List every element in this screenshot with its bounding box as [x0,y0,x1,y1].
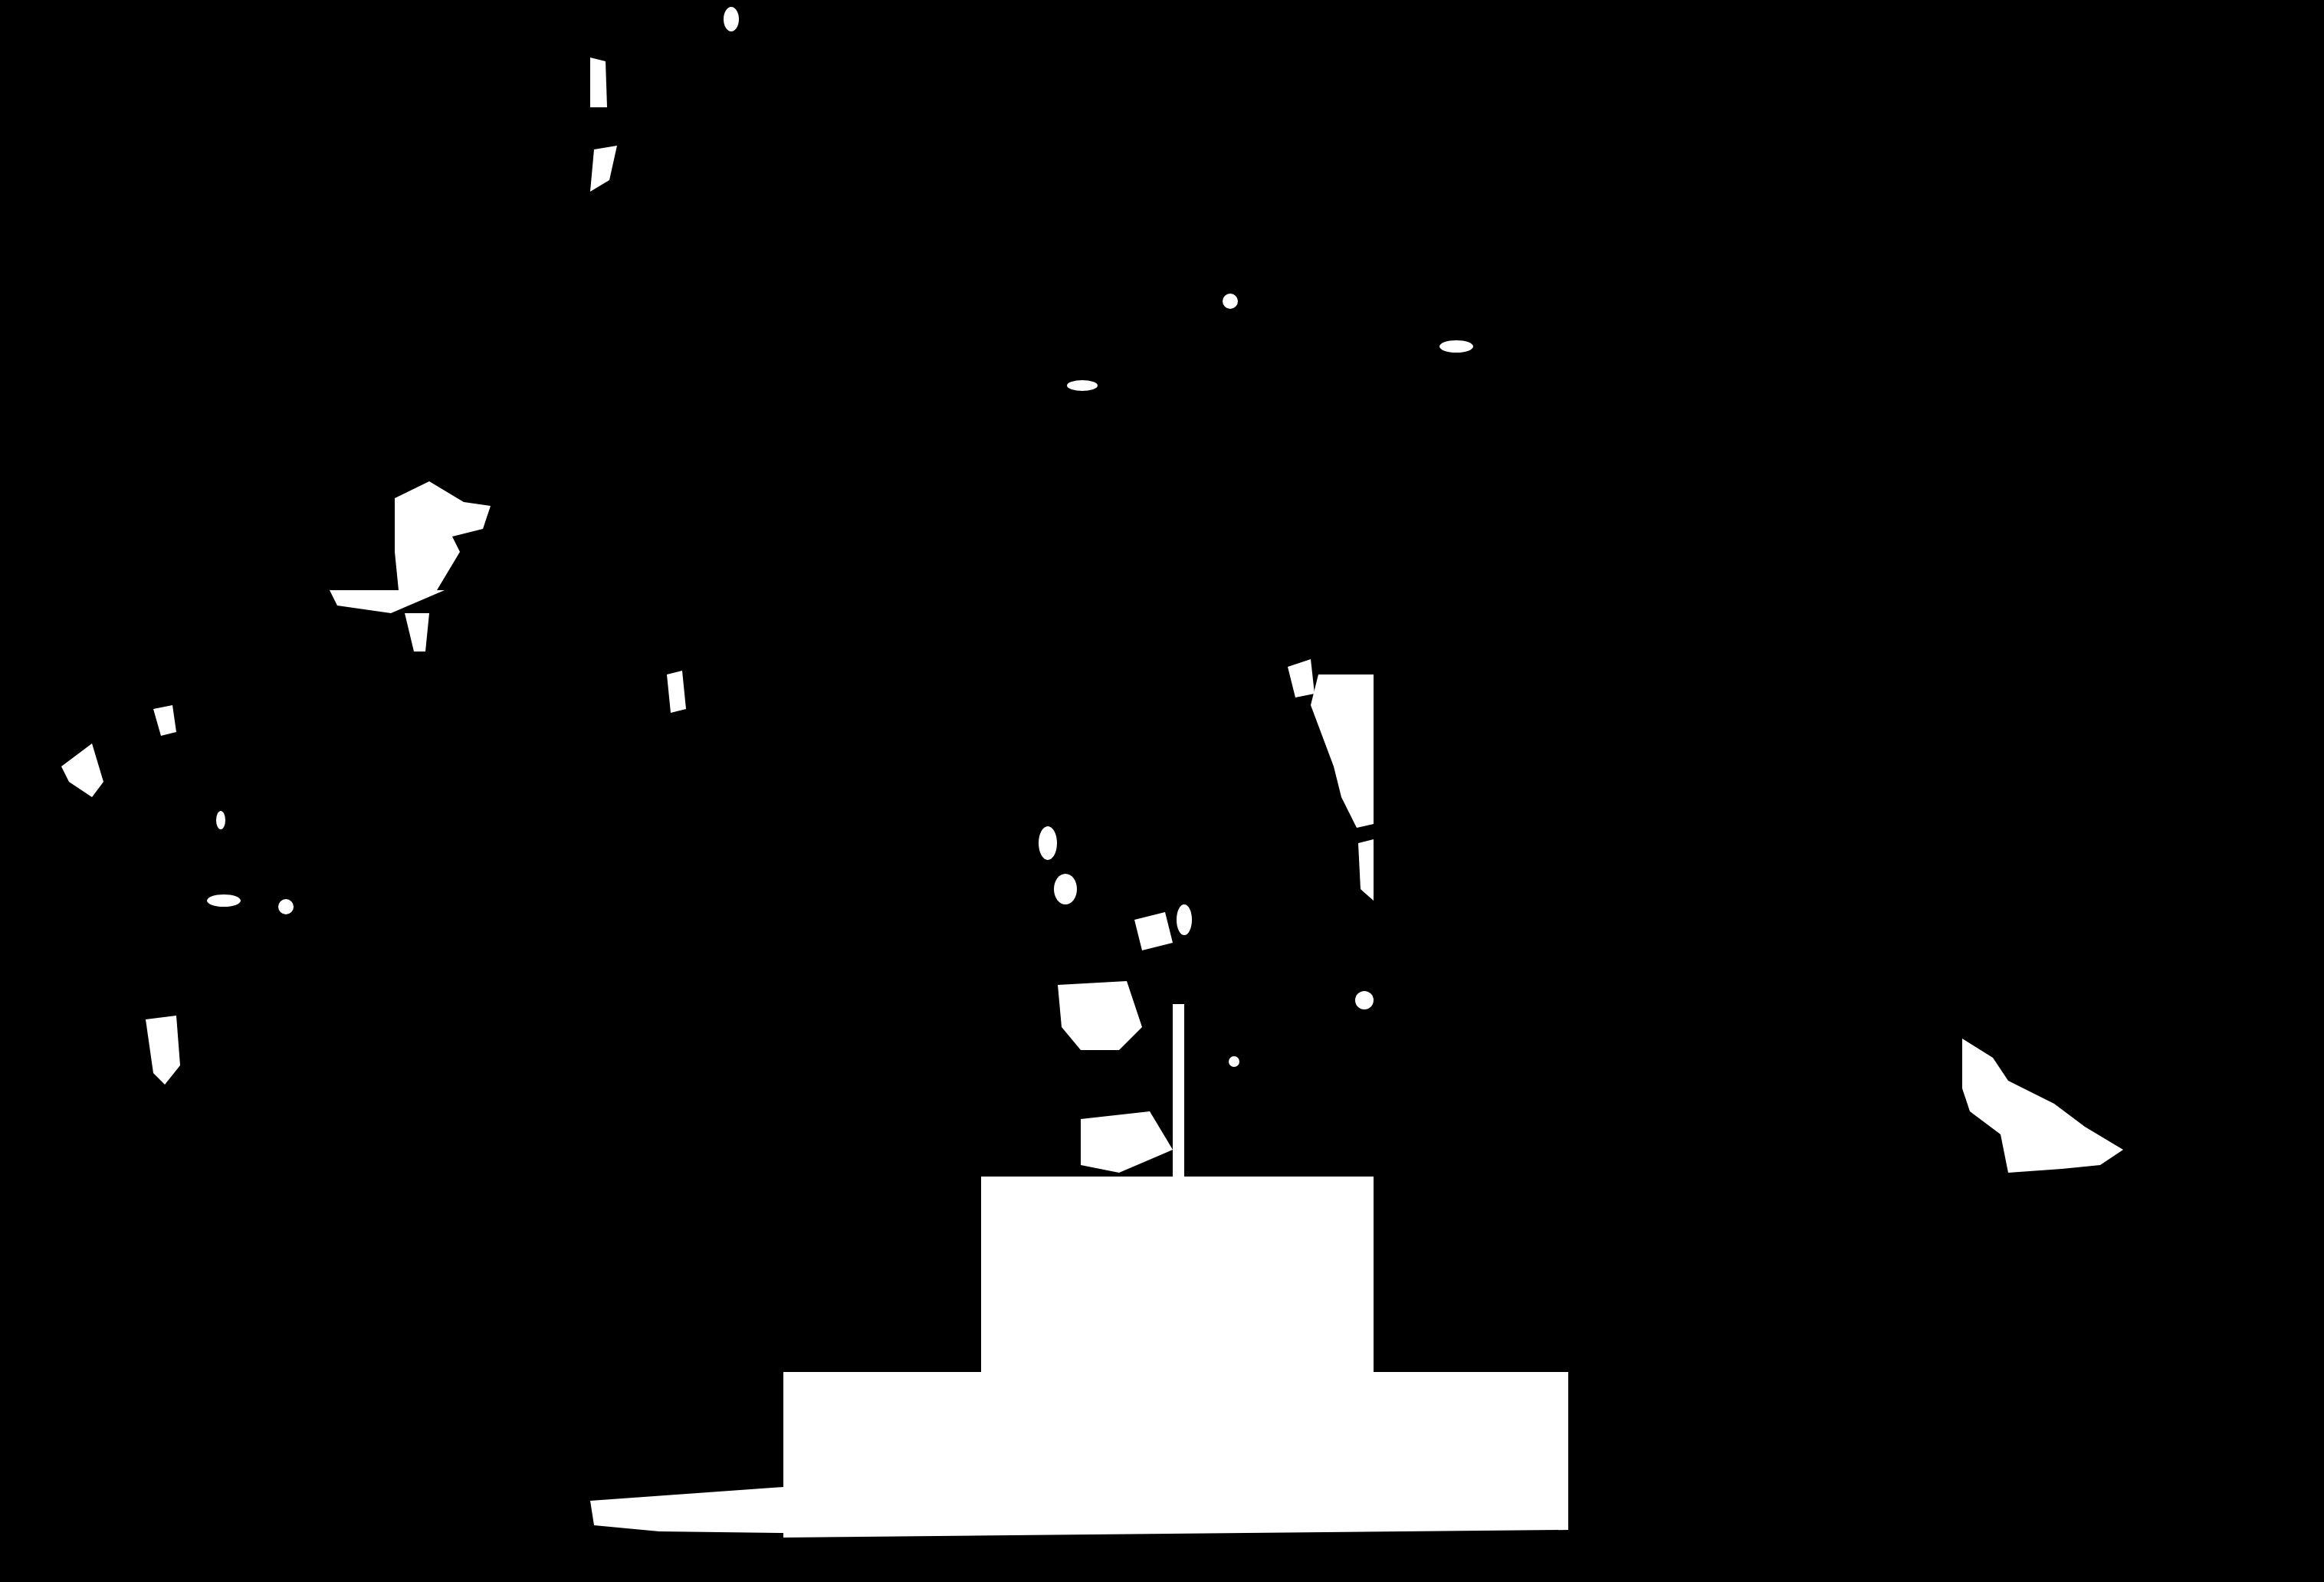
mask-dot-6 [1223,294,1238,309]
segmentation-mask [0,0,2324,1582]
mask-dot-4 [1439,340,1473,353]
mask-block-lower [783,1372,1568,1538]
mask-dot-12 [1355,991,1374,1009]
mask-dot-10 [1229,1056,1239,1067]
mask-dot-2 [278,899,294,914]
mask-dot-1 [207,894,241,907]
mask-blob-center-stem [1173,1004,1184,1177]
mask-dot-11 [216,811,225,829]
mask-stick-top [590,57,607,107]
mask-dot-5 [724,7,739,31]
mask-dot-7 [1039,826,1057,860]
mask-dot-8 [1054,874,1077,904]
mask-block-upper [981,1177,1374,1372]
mask-dot-3 [1067,380,1098,391]
mask-dot-9 [1177,904,1192,935]
